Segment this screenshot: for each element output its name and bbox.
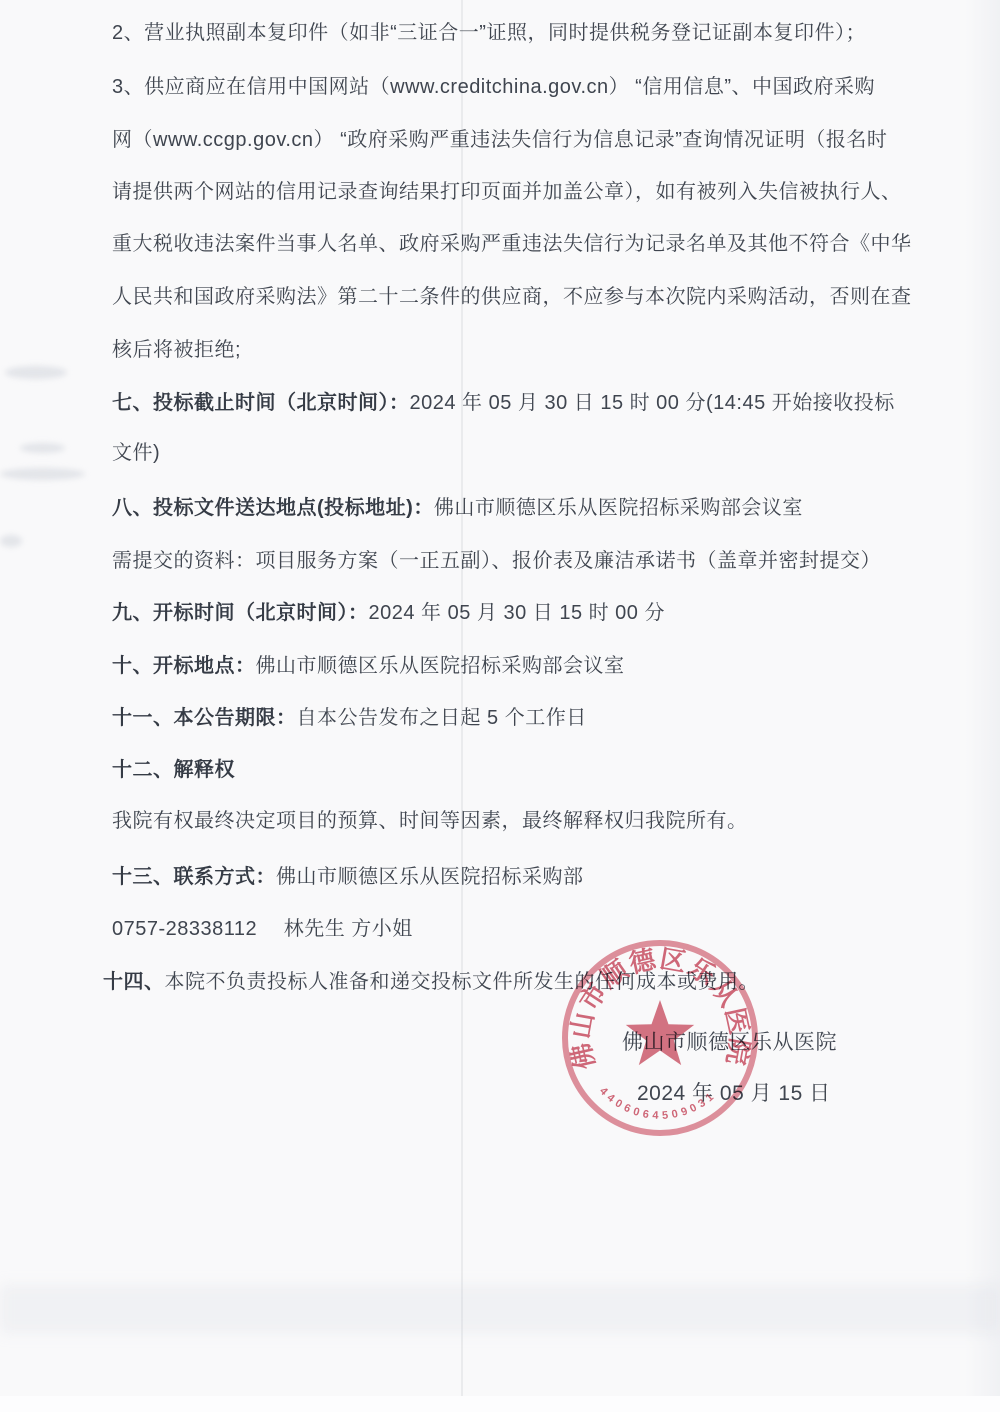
section-heading: 九、开标时间（北京时间）： xyxy=(112,602,369,624)
scan-smudge xyxy=(5,366,67,379)
line-text: 佛山市顺德区乐从医院招标采购部会议室 xyxy=(256,655,625,677)
line-text: 重大税收违法案件当事人名单、政府采购严重违法失信行为记录名单及其他不符合《中华 xyxy=(112,233,912,255)
line-text: 网（www.ccgp.gov.cn） “政府采购严重违法失信行为信息记录”查询情… xyxy=(112,129,887,151)
seal-serial-text-path: 4406064509031 xyxy=(597,1085,719,1122)
line-text: 我院有权最终决定项目的预算、时间等因素，最终解释权归我院所有。 xyxy=(112,810,748,832)
doc-line-4: 请提供两个网站的信用记录查询结果打印页面并加盖公章），如有被列入失信被执行人、 xyxy=(112,177,902,207)
scan-smudge xyxy=(20,443,65,453)
line-text: 核后将被拒绝; xyxy=(112,339,241,361)
seal-serial-number: 4406064509031 xyxy=(597,1085,719,1122)
line-text: 文件) xyxy=(112,442,160,464)
doc-line-17-contact: 十三、联系方式：佛山市顺德区乐从医院招标采购部 xyxy=(112,862,584,892)
doc-line-5: 重大税收违法案件当事人名单、政府采购严重违法失信行为记录名单及其他不符合《中华 xyxy=(112,229,912,259)
seal-star-icon xyxy=(626,1000,694,1065)
section-heading: 十一、本公告期限： xyxy=(112,707,297,729)
section-heading: 十、开标地点： xyxy=(112,655,256,677)
doc-line-6: 人民共和国政府采购法》第二十二条件的供应商，不应参与本次院内采购活动，否则在查 xyxy=(112,282,912,312)
doc-line-1: 2、营业执照副本复印件（如非“三证合一”证照，同时提供税务登记证副本复印件）； xyxy=(112,18,866,48)
doc-line-13-opening-place: 十、开标地点：佛山市顺德区乐从医院招标采购部会议室 xyxy=(112,651,625,681)
section-heading: 十二、解释权 xyxy=(112,759,235,781)
section-heading: 十四、 xyxy=(103,971,165,993)
doc-line-18-phone: 0757-28338112 林先生 方小姐 xyxy=(112,914,413,944)
doc-line-10-delivery-address: 八、投标文件送达地点(投标地址)：佛山市顺德区乐从医院招标采购部会议室 xyxy=(112,493,803,523)
line-text: 需提交的资料：项目服务方案（一正五副）、报价表及廉洁承诺书（盖章并密封提交） xyxy=(112,550,881,572)
line-text: 2024 年 05 月 30 日 15 时 00 分(14:45 开始接收投标 xyxy=(410,392,895,414)
scan-smudge xyxy=(0,468,85,480)
scan-shadow-band xyxy=(0,1285,1000,1333)
line-text: 佛山市顺德区乐从医院招标采购部 xyxy=(276,866,584,888)
scanned-document-page: 2、营业执照副本复印件（如非“三证合一”证照，同时提供税务登记证副本复印件）； … xyxy=(0,0,1000,1412)
line-text: 3、供应商应在信用中国网站（www.creditchina.gov.cn） “信… xyxy=(112,76,875,98)
doc-line-2: 3、供应商应在信用中国网站（www.creditchina.gov.cn） “信… xyxy=(112,72,875,102)
line-text: 请提供两个网站的信用记录查询结果打印页面并加盖公章），如有被列入失信被执行人、 xyxy=(112,181,902,203)
doc-line-7: 核后将被拒绝; xyxy=(112,335,241,365)
doc-line-8-deadline: 七、投标截止时间（北京时间）：2024 年 05 月 30 日 15 时 00 … xyxy=(112,388,895,418)
scan-bottom-strip xyxy=(0,1396,1000,1412)
scan-smudge xyxy=(0,535,22,547)
section-heading: 七、投标截止时间（北京时间）： xyxy=(112,392,410,414)
line-text: 人民共和国政府采购法》第二十二条件的供应商，不应参与本次院内采购活动，否则在查 xyxy=(112,286,912,308)
section-heading: 十三、联系方式： xyxy=(112,866,276,888)
doc-line-14-notice-period: 十一、本公告期限：自本公告发布之日起 5 个工作日 xyxy=(112,703,587,733)
section-heading: 八、投标文件送达地点(投标地址)： xyxy=(112,497,434,519)
doc-line-12-opening-time: 九、开标时间（北京时间）：2024 年 05 月 30 日 15 时 00 分 xyxy=(112,598,665,628)
line-text: 2、营业执照副本复印件（如非“三证合一”证照，同时提供税务登记证副本复印件）； xyxy=(112,22,866,44)
official-seal: 佛山市顺德区乐从医院 4406064509031 xyxy=(556,934,764,1142)
doc-line-16: 我院有权最终决定项目的预算、时间等因素，最终解释权归我院所有。 xyxy=(112,806,748,836)
line-text: 佛山市顺德区乐从医院招标采购部会议室 xyxy=(434,497,803,519)
doc-line-9: 文件) xyxy=(112,438,160,468)
doc-line-3: 网（www.ccgp.gov.cn） “政府采购严重违法失信行为信息记录”查询情… xyxy=(112,125,887,155)
line-text: 2024 年 05 月 30 日 15 时 00 分 xyxy=(369,602,666,624)
doc-line-11: 需提交的资料：项目服务方案（一正五副）、报价表及廉洁承诺书（盖章并密封提交） xyxy=(112,546,881,576)
line-text: 0757-28338112 林先生 方小姐 xyxy=(112,918,413,940)
line-text: 自本公告发布之日起 5 个工作日 xyxy=(297,707,587,729)
doc-line-15-interpretation: 十二、解释权 xyxy=(112,755,235,785)
